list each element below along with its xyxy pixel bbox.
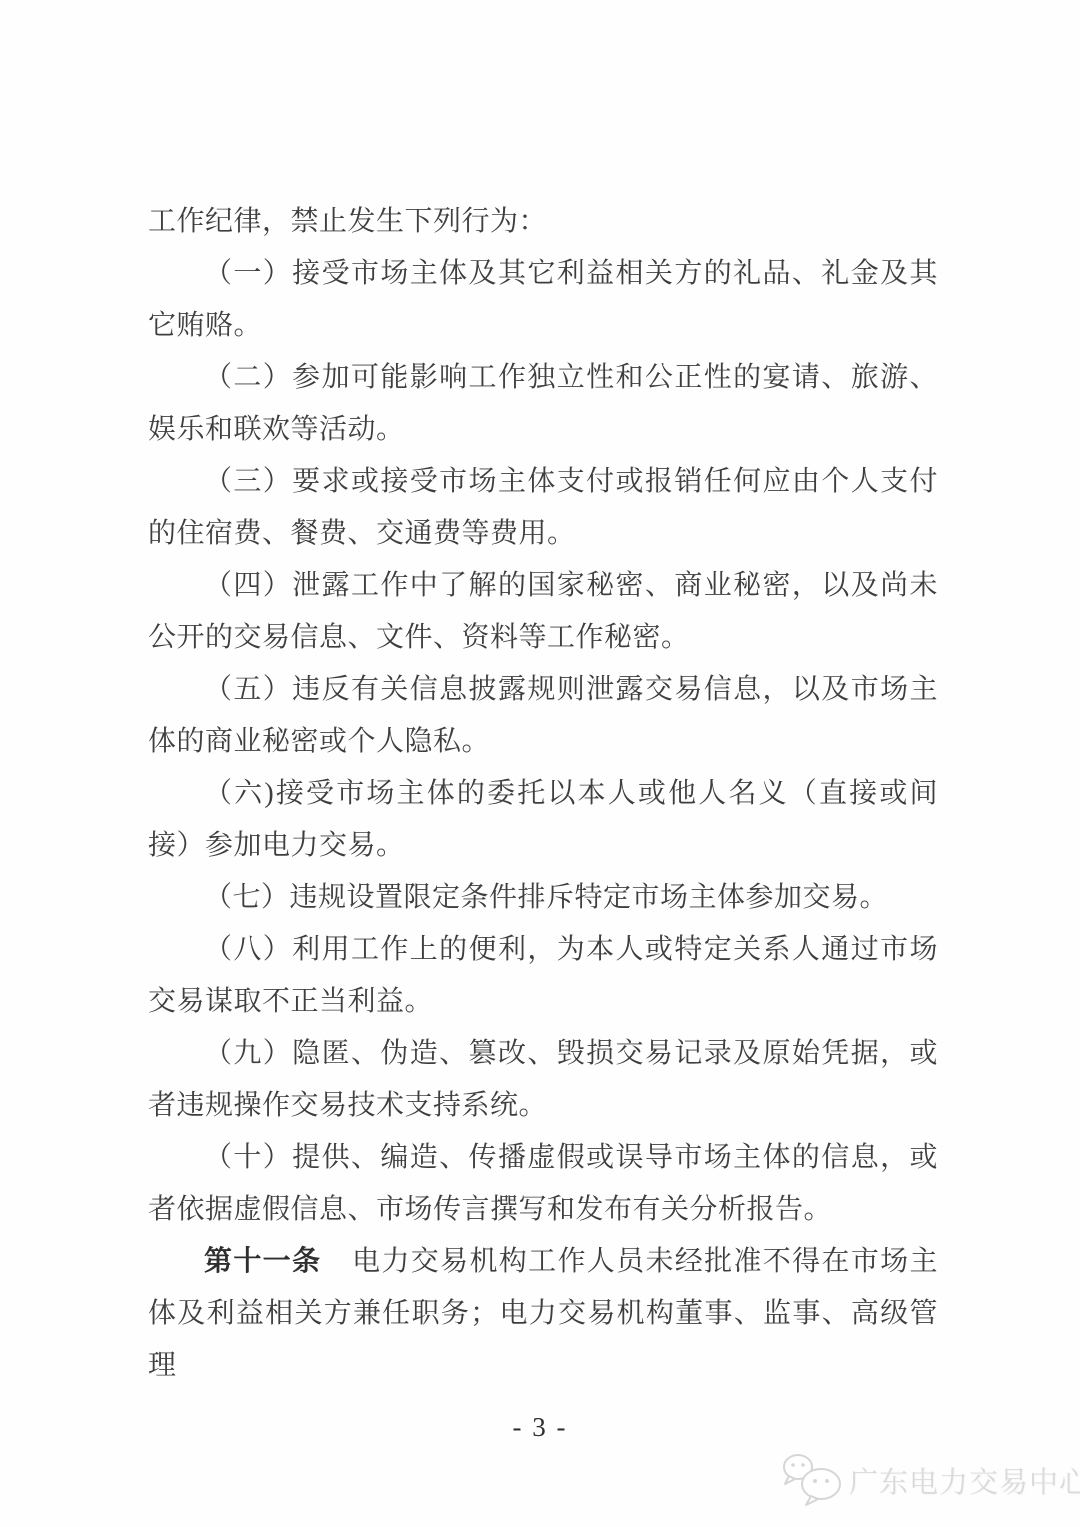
document-page: 工作纪律，禁止发生下列行为： （一）接受市场主体及其它利益相关方的礼品、礼金及其…: [0, 0, 1080, 1527]
clause-10: （十）提供、编造、传播虚假或误导市场主体的信息，或者依据虚假信息、市场传言撰写和…: [148, 1132, 938, 1236]
wechat-icon: [780, 1452, 844, 1508]
article-11-number: 第十一条: [204, 1246, 321, 1277]
document-viewer: { "document": { "body_paragraphs": [ { "…: [0, 0, 1080, 1527]
watermark: 广东电力交易中心: [780, 1452, 1080, 1508]
watermark-text: 广东电力交易中心: [849, 1460, 1080, 1501]
clause-6: （六)接受市场主体的委托以本人或他人名义（直接或间接）参加电力交易。: [148, 768, 938, 872]
paragraph-intro: 工作纪律，禁止发生下列行为：: [148, 196, 938, 248]
clause-2: （二）参加可能影响工作独立性和公正性的宴请、旅游、娱乐和联欢等活动。: [148, 352, 938, 456]
clause-7: （七）违规设置限定条件排斥特定市场主体参加交易。: [148, 872, 938, 924]
page-number: - 3 -: [0, 1412, 1080, 1442]
clause-4: （四）泄露工作中了解的国家秘密、商业秘密，以及尚未公开的交易信息、文件、资料等工…: [148, 560, 938, 664]
document-body: 工作纪律，禁止发生下列行为： （一）接受市场主体及其它利益相关方的礼品、礼金及其…: [148, 196, 938, 1392]
clause-1: （一）接受市场主体及其它利益相关方的礼品、礼金及其它贿赂。: [148, 248, 938, 352]
article-11-paragraph: 第十一条电力交易机构工作人员未经批准不得在市场主体及利益相关方兼任职务；电力交易…: [148, 1236, 938, 1392]
clause-5: （五）违反有关信息披露规则泄露交易信息，以及市场主体的商业秘密或个人隐私。: [148, 664, 938, 768]
clause-9: （九）隐匿、伪造、篡改、毁损交易记录及原始凭据，或者违规操作交易技术支持系统。: [148, 1028, 938, 1132]
clause-8: （八）利用工作上的便利，为本人或特定关系人通过市场交易谋取不正当利益。: [148, 924, 938, 1028]
clause-3: （三）要求或接受市场主体支付或报销任何应由个人支付的住宿费、餐费、交通费等费用。: [148, 456, 938, 560]
